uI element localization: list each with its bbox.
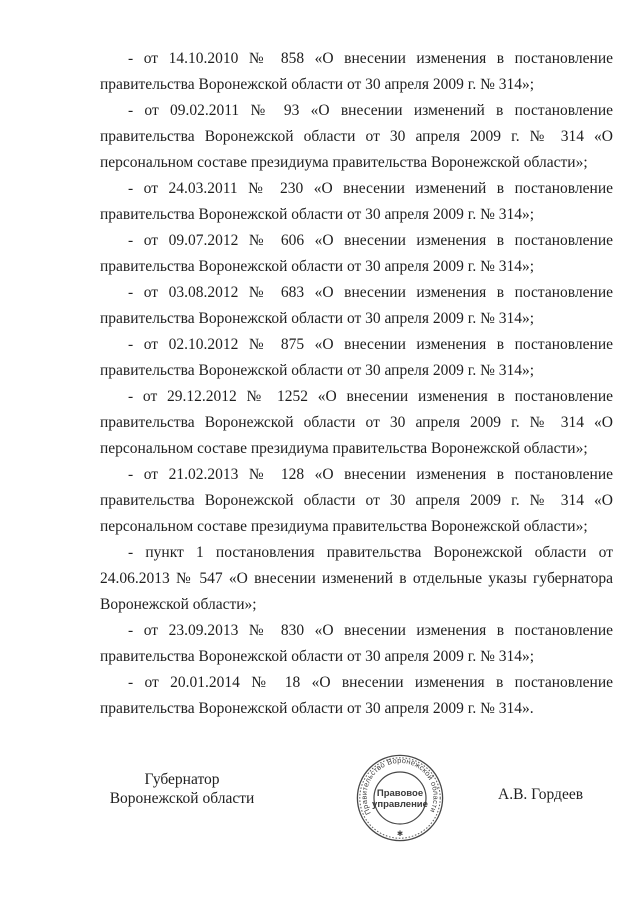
document-line: - от 24.03.2011 № 230 «О внесении измене… xyxy=(100,176,613,202)
document-line: - от 09.02.2011 № 93 «О внесении изменен… xyxy=(100,98,613,124)
document-line: правительства Воронежской области от 30 … xyxy=(100,202,613,228)
document-line: - от 09.07.2012 № 606 «О внесении измене… xyxy=(100,228,613,254)
document-line: 24.06.2013 № 547 «О внесении изменений в… xyxy=(100,566,613,592)
document-line: - от 14.10.2010 № 858 «О внесении измене… xyxy=(100,46,613,72)
paragraph-item: - от 20.01.2014 № 18 «О внесении изменен… xyxy=(100,670,613,722)
paragraph-item: - от 14.10.2010 № 858 «О внесении измене… xyxy=(100,46,613,98)
scanned-document-page: - от 14.10.2010 № 858 «О внесении измене… xyxy=(0,0,640,905)
document-line: - пункт 1 постановления правительства Во… xyxy=(100,540,613,566)
document-line: правительства Воронежской области от 30 … xyxy=(100,644,613,670)
paragraph-item: - от 23.09.2013 № 830 «О внесении измене… xyxy=(100,618,613,670)
paragraph-item: - от 21.02.2013 № 128 «О внесении измене… xyxy=(100,462,613,540)
document-line: правительства Воронежской области от 30 … xyxy=(100,124,613,150)
document-line: - от 23.09.2013 № 830 «О внесении измене… xyxy=(100,618,613,644)
document-line: Воронежской области»; xyxy=(100,592,613,618)
document-line: правительства Воронежской области от 30 … xyxy=(100,358,613,384)
document-line: правительства Воронежской области от 30 … xyxy=(100,72,613,98)
document-line: персональном составе президиума правител… xyxy=(100,436,613,462)
stamp-center-line2: управление xyxy=(372,799,428,810)
document-line: - от 20.01.2014 № 18 «О внесении изменен… xyxy=(100,670,613,696)
paragraph-item: - от 09.07.2012 № 606 «О внесении измене… xyxy=(100,228,613,280)
stamp-center-line1: Правовое xyxy=(377,788,423,799)
document-line: персональном составе президиума правител… xyxy=(100,514,613,540)
stamp-seal-icon: Правительство Воронежской области Правов… xyxy=(356,754,444,842)
official-stamp: Правительство Воронежской области Правов… xyxy=(356,754,444,842)
document-line: - от 21.02.2013 № 128 «О внесении измене… xyxy=(100,462,613,488)
paragraph-item: - от 24.03.2011 № 230 «О внесении измене… xyxy=(100,176,613,228)
paragraph-item: - от 09.02.2011 № 93 «О внесении изменен… xyxy=(100,98,613,176)
document-line: - от 02.10.2012 № 875 «О внесении измене… xyxy=(100,332,613,358)
document-line: - от 29.12.2012 № 1252 «О внесении измен… xyxy=(100,384,613,410)
paragraph-item: - от 29.12.2012 № 1252 «О внесении измен… xyxy=(100,384,613,462)
paragraph-item: - пункт 1 постановления правительства Во… xyxy=(100,540,613,618)
signatory-title-line1: Губернатор xyxy=(99,770,265,789)
signatory-title-line2: Воронежской области xyxy=(99,789,265,808)
star-icon: ✱ xyxy=(397,829,404,838)
paragraph-item: - от 02.10.2012 № 875 «О внесении измене… xyxy=(100,332,613,384)
signatory-name: А.В. Гордеев xyxy=(498,786,583,804)
document-line: правительства Воронежской области от 30 … xyxy=(100,488,613,514)
document-body: - от 14.10.2010 № 858 «О внесении измене… xyxy=(100,46,613,722)
document-line: правительства Воронежской области от 30 … xyxy=(100,254,613,280)
paragraph-item: - от 03.08.2012 № 683 «О внесении измене… xyxy=(100,280,613,332)
document-line: - от 03.08.2012 № 683 «О внесении измене… xyxy=(100,280,613,306)
document-line: правительства Воронежской области от 30 … xyxy=(100,410,613,436)
document-line: правительства Воронежской области от 30 … xyxy=(100,696,613,722)
document-line: персональном составе президиума правител… xyxy=(100,150,613,176)
document-line: правительства Воронежской области от 30 … xyxy=(100,306,613,332)
signatory-title: Губернатор Воронежской области xyxy=(99,770,265,808)
